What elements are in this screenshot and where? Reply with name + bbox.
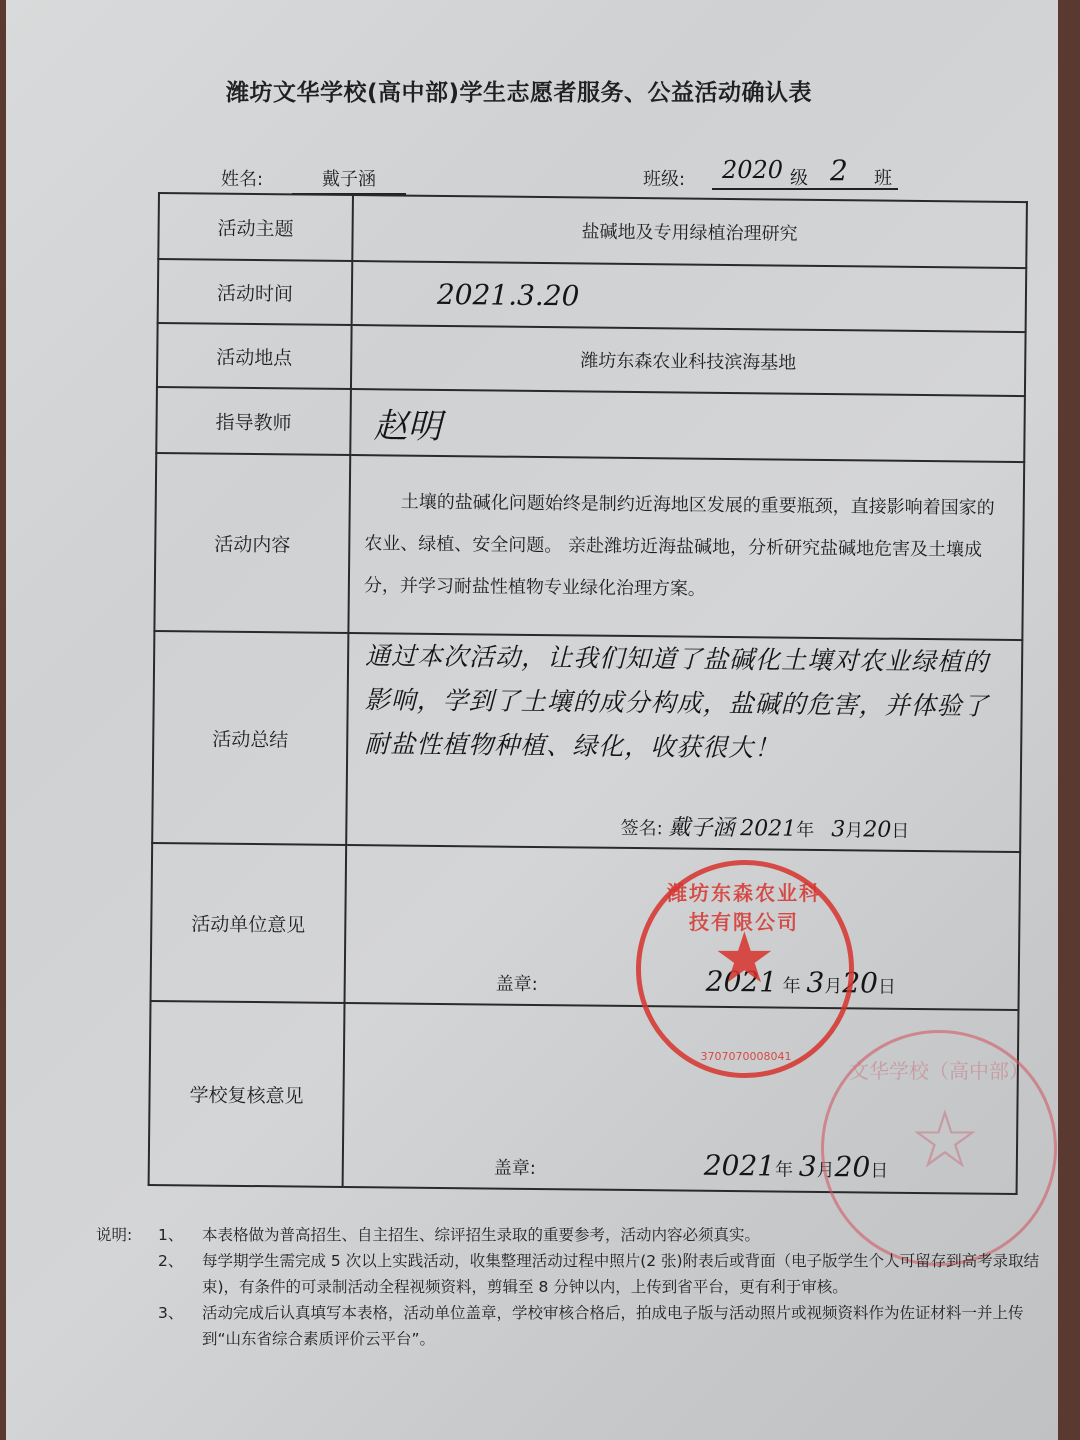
value-unit-opinion: 盖章: 2021 年 3月20日 [345,845,1021,1010]
note-number: 3、 [158,1300,202,1352]
row-activity-location: 活动地点 潍坊东森农业科技滨海基地 [157,323,1026,396]
row-activity-content: 活动内容 土壤的盐碱化问题始终是制约近海地区发展的重要瓶颈，直接影响着国家的农业… [154,453,1024,640]
year-unit: 年 [783,976,801,997]
day-unit: 日 [878,977,896,998]
note-text: 每学期学生需完成 5 次以上实践活动，收集整理活动过程中照片(2 张)附表后或背… [202,1248,1046,1300]
class-suffix: 班 [874,164,892,190]
form-paper: 潍坊文华学校(高中部)学生志愿者服务、公益活动确认表 姓名: 戴子涵 班级: 2… [6,0,1058,1440]
row-instructor: 指导教师 赵明 [156,387,1025,462]
note-text: 本表格做为普高招生、自主招生、综评招生录取的重要参考，活动内容必须真实。 [202,1222,1046,1248]
unit-seal-date: 2021 年 3月20日 [706,965,897,1000]
value-activity-content: 土壤的盐碱化问题始终是制约近海地区发展的重要瓶颈，直接影响着国家的农业、绿植、安… [348,455,1024,640]
value-activity-summary: 通过本次活动，让我们知道了盐碱化土壤对农业绿植的影响，学到了土壤的成分构成，盐碱… [346,633,1022,852]
class-label: 班级: [643,165,685,191]
label-activity-time: 活动时间 [158,259,353,325]
note-number: 1、 [158,1222,202,1248]
notes-section: 说明: 1、 本表格做为普高招生、自主招生、综评招生录取的重要参考，活动内容必须… [96,1222,1046,1352]
label-activity-topic: 活动主题 [158,193,353,261]
instructor-signature: 赵明 [373,406,441,447]
day-unit: 日 [870,1161,888,1182]
form-title: 潍坊文华学校(高中部)学生志愿者服务、公益活动确认表 [226,74,926,107]
name-label: 姓名: [221,165,263,191]
value-activity-topic: 盐碱地及专用绿植治理研究 [352,195,1027,268]
class-year-handwritten: 2020 [722,156,783,184]
activity-date-handwritten: 2021.3.20 [437,277,580,311]
unit-day: 20 [842,966,878,999]
note-number: 2、 [158,1248,202,1300]
notes-prefix: 说明: [96,1222,158,1248]
month-unit: 月 [824,976,842,997]
year-unit: 年 [796,820,814,841]
sign-label: 签名: [621,818,663,839]
row-school-review: 学校复核意见 盖章: 2021年 3月20日 [149,1001,1019,1194]
school-seal-label: 盖章: [494,1154,536,1180]
label-activity-summary: 活动总结 [152,631,348,845]
note-item: 3、 活动完成后认真填写本表格，活动单位盖章，学校审核合格后，拍成电子版与活动照… [96,1300,1046,1352]
row-activity-topic: 活动主题 盐碱地及专用绿植治理研究 [158,193,1027,268]
label-school-review: 学校复核意见 [149,1001,345,1187]
school-seal-date: 2021年 3月20日 [704,1149,889,1184]
month-unit: 月 [817,1160,835,1181]
unit-month: 3 [806,966,824,999]
label-activity-location: 活动地点 [157,323,352,389]
class-number-handwritten: 2 [830,154,848,187]
activity-content-text: 土壤的盐碱化问题始终是制约近海地区发展的重要瓶颈，直接影响着国家的农业、绿植、安… [364,477,1009,618]
label-unit-opinion: 活动单位意见 [151,843,347,1003]
summary-signature-line: 签名: 戴子涵 2021年 3月20日 [620,810,909,844]
label-instructor: 指导教师 [156,387,351,455]
student-name-value: 戴子涵 [292,165,406,195]
month-unit: 月 [845,820,863,841]
class-field: 2020 级 2 班 [712,156,898,190]
note-item: 2、 每学期学生需完成 5 次以上实践活动，收集整理活动过程中照片(2 张)附表… [96,1248,1046,1300]
activity-confirmation-table: 活动主题 盐碱地及专用绿植治理研究 活动时间 2021.3.20 活动地点 潍坊… [148,192,1028,1195]
year-unit: 年 [775,1160,793,1181]
value-activity-location: 潍坊东森农业科技滨海基地 [351,325,1026,396]
unit-seal-label: 盖章: [496,970,538,996]
school-day: 20 [834,1150,870,1183]
school-month: 3 [799,1150,817,1183]
row-activity-time: 活动时间 2021.3.20 [158,259,1027,332]
activity-summary-handwritten: 通过本次活动，让我们知道了盐碱化土壤对农业绿植的影响，学到了土壤的成分构成，盐碱… [362,634,1007,773]
summary-month: 3 [831,817,845,842]
school-year: 2021 [704,1149,776,1183]
value-activity-time: 2021.3.20 [352,261,1027,332]
row-activity-summary: 活动总结 通过本次活动，让我们知道了盐碱化土壤对农业绿植的影响，学到了土壤的成分… [152,631,1022,852]
summary-year: 2021 [740,816,796,842]
note-item: 说明: 1、 本表格做为普高招生、自主招生、综评招生录取的重要参考，活动内容必须… [96,1222,1046,1248]
note-text: 活动完成后认真填写本表格，活动单位盖章，学校审核合格后，拍成电子版与活动照片或视… [202,1300,1046,1352]
day-unit: 日 [891,821,909,842]
value-instructor: 赵明 [350,389,1025,462]
row-unit-opinion: 活动单位意见 盖章: 2021 年 3月20日 [151,843,1021,1010]
unit-year: 2021 [706,965,778,999]
value-school-review: 盖章: 2021年 3月20日 [343,1003,1019,1194]
student-signature: 戴子涵 [668,815,734,841]
summary-day: 20 [863,817,891,842]
class-grade-suffix: 级 [790,164,808,190]
label-activity-content: 活动内容 [154,453,350,633]
